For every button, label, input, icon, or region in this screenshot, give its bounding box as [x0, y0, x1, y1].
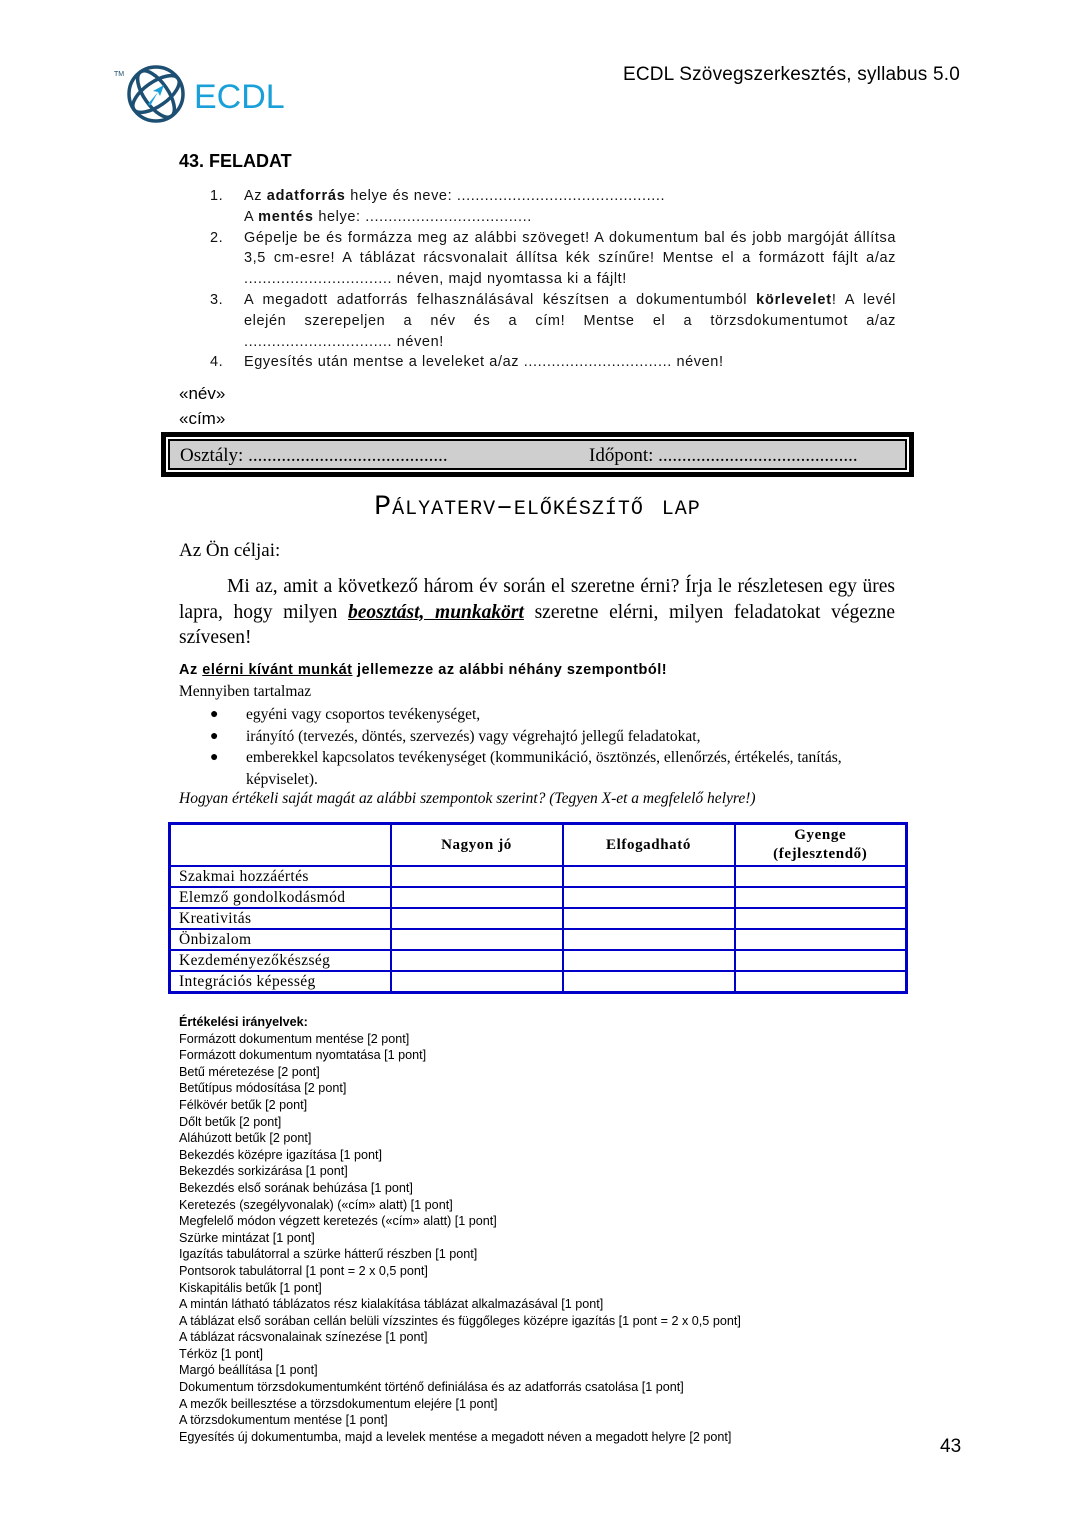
- criteria-heading: Az elérni kívánt munkát jellemezze az al…: [179, 662, 667, 678]
- class-field: Osztály: ...............................…: [180, 445, 448, 467]
- bullet-icon: ●: [208, 747, 246, 790]
- list-item: Bekezdés középre igazítása [1 pont]: [179, 1147, 741, 1164]
- list-item: ●egyéni vagy csoportos tevékenységet,: [208, 704, 908, 726]
- svg-text:TM: TM: [114, 71, 124, 78]
- goals-paragraph: Mi az, amit a következő három év során e…: [179, 574, 895, 651]
- rating-cell[interactable]: [563, 971, 735, 993]
- list-item: Keretezés (szegélyvonalak) («cím» alatt)…: [179, 1197, 741, 1214]
- table-row: Kreativitás: [170, 908, 907, 929]
- list-item: Formázott dokumentum nyomtatása [1 pont]: [179, 1047, 741, 1064]
- self-assessment-table: Nagyon jó Elfogadható Gyenge(fejlesztend…: [168, 822, 908, 994]
- rating-cell[interactable]: [563, 950, 735, 971]
- table-header-acceptable: Elfogadható: [563, 824, 735, 867]
- rating-cell[interactable]: [735, 866, 907, 887]
- list-item: A táblázat első sorában cellán belüli ví…: [179, 1313, 741, 1330]
- task-item: 1. Az adatforrás helye és neve: ........…: [210, 186, 896, 228]
- list-item: Kiskapitális betűk [1 pont]: [179, 1280, 741, 1297]
- list-item: Térköz [1 pont]: [179, 1346, 741, 1363]
- merge-field-address: «cím»: [179, 409, 225, 429]
- list-item: Betű méretezése [2 pont]: [179, 1064, 741, 1081]
- task-item: 2. Gépelje be és formázza meg az alábbi …: [210, 228, 896, 290]
- header-title: ECDL Szövegszerkesztés, syllabus 5.0: [560, 64, 960, 86]
- bullet-icon: ●: [208, 704, 246, 726]
- table-row: Szakmai hozzáértés: [170, 866, 907, 887]
- list-item: Dokumentum törzsdokumentumként történő d…: [179, 1379, 741, 1396]
- list-item: A mezők beillesztése a törzsdokumentum e…: [179, 1396, 741, 1413]
- list-item: Szürke mintázat [1 pont]: [179, 1230, 741, 1247]
- list-item: Margó beállítása [1 pont]: [179, 1362, 741, 1379]
- list-item: Megfelelő módon végzett keretezés («cím»…: [179, 1213, 741, 1230]
- bullet-icon: ●: [208, 726, 246, 748]
- list-item: Pontsorok tabulátorral [1 pont = 2 x 0,5…: [179, 1263, 741, 1280]
- list-item: A táblázat rácsvonalainak színezése [1 p…: [179, 1329, 741, 1346]
- merge-field-name: «név»: [179, 384, 225, 404]
- list-item: Formázott dokumentum mentése [2 pont]: [179, 1031, 741, 1048]
- class-date-box: Osztály: ...............................…: [161, 432, 914, 477]
- task-item: 4. Egyesítés után mentse a leveleket a/a…: [210, 352, 896, 373]
- globe-icon: TM ECDL: [112, 62, 302, 126]
- table-header-very-good: Nagyon jó: [391, 824, 563, 867]
- rating-cell[interactable]: [391, 908, 563, 929]
- rating-cell[interactable]: [391, 929, 563, 950]
- list-item: Félkövér betűk [2 pont]: [179, 1097, 741, 1114]
- rating-cell[interactable]: [735, 971, 907, 993]
- list-item: A törzsdokumentum mentése [1 pont]: [179, 1412, 741, 1429]
- rating-cell[interactable]: [735, 887, 907, 908]
- table-header-empty: [170, 824, 391, 867]
- rating-cell[interactable]: [391, 887, 563, 908]
- rating-cell[interactable]: [391, 866, 563, 887]
- evaluation-guidelines: Értékelési irányelvek: Formázott dokumen…: [179, 1014, 741, 1445]
- list-item: Dőlt betűk [2 pont]: [179, 1114, 741, 1131]
- rating-cell[interactable]: [391, 971, 563, 993]
- list-item: ●emberekkel kapcsolatos tevékenységet (k…: [208, 747, 908, 790]
- rating-cell[interactable]: [563, 929, 735, 950]
- self-assessment-question: Hogyan értékeli saját magát az alábbi sz…: [179, 790, 756, 808]
- list-item: Betűtípus módosítása [2 pont]: [179, 1080, 741, 1097]
- table-row: Elemző gondolkodásmód: [170, 887, 907, 908]
- list-item: Egyesítés új dokumentumba, majd a levele…: [179, 1429, 741, 1446]
- date-field: Időpont: ...............................…: [589, 445, 858, 467]
- list-item: Bekezdés első sorának behúzása [1 pont]: [179, 1180, 741, 1197]
- task-title: 43. FELADAT: [179, 151, 292, 172]
- table-header-weak: Gyenge(fejlesztendő): [735, 824, 907, 867]
- main-title: Pályaterv–előkészítő lap: [0, 492, 1075, 523]
- task-item: 3. A megadott adatforrás felhasználásáva…: [210, 290, 896, 352]
- rating-cell[interactable]: [391, 950, 563, 971]
- rating-cell[interactable]: [563, 866, 735, 887]
- list-item: ●irányító (tervezés, döntés, szervezés) …: [208, 726, 908, 748]
- table-row: Kezdeményezőkészség: [170, 950, 907, 971]
- list-item: Bekezdés sorkizárása [1 pont]: [179, 1163, 741, 1180]
- criteria-intro: Mennyiben tartalmaz: [179, 683, 311, 701]
- list-item: Aláhúzott betűk [2 pont]: [179, 1130, 741, 1147]
- rating-cell[interactable]: [735, 950, 907, 971]
- evaluation-list: Formázott dokumentum mentése [2 pont]For…: [179, 1031, 741, 1446]
- task-list: 1. Az adatforrás helye és neve: ........…: [210, 186, 896, 373]
- table-header-row: Nagyon jó Elfogadható Gyenge(fejlesztend…: [170, 824, 907, 867]
- table-row: Integrációs képesség: [170, 971, 907, 993]
- svg-text:ECDL: ECDL: [194, 78, 285, 116]
- table-row: Önbizalom: [170, 929, 907, 950]
- rating-cell[interactable]: [563, 908, 735, 929]
- list-item: Igazítás tabulátorral a szürke hátterű r…: [179, 1246, 741, 1263]
- rating-cell[interactable]: [735, 929, 907, 950]
- ecdl-logo: TM ECDL: [112, 62, 302, 126]
- list-item: A mintán látható táblázatos rész kialakí…: [179, 1296, 741, 1313]
- rating-cell[interactable]: [563, 887, 735, 908]
- goals-label: Az Ön céljai:: [179, 540, 280, 562]
- page-number: 43: [940, 1436, 961, 1458]
- rating-cell[interactable]: [735, 908, 907, 929]
- evaluation-heading: Értékelési irányelvek:: [179, 1014, 741, 1031]
- criteria-bullets: ●egyéni vagy csoportos tevékenységet, ●i…: [208, 704, 908, 790]
